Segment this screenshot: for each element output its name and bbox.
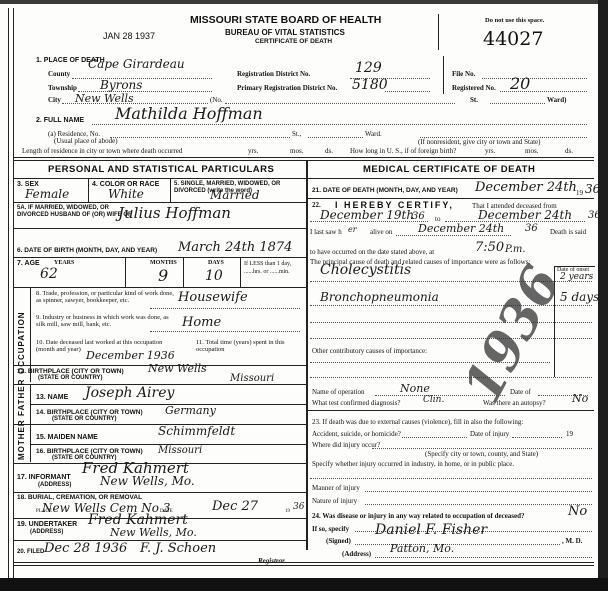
attended-from-value: December 19th: [320, 208, 414, 222]
contributory-label: Other contributory causes of importance:: [312, 347, 427, 355]
last-worked-value: December 1936: [86, 349, 175, 362]
primary-reg-label: Primary Registration District No.: [237, 84, 337, 92]
spouse-label: 5A. IF MARRIED, WIDOWED, OR DIVORCED HUS…: [17, 205, 132, 219]
birthplace-city-value: New Wells: [148, 362, 207, 375]
dob-value: March 24th 1874: [178, 240, 292, 255]
father-name-value: Joseph Airey: [85, 385, 174, 401]
us-length-label: How long in U. S., if of foreign birth?: [350, 147, 456, 155]
age-months-value: 9: [158, 266, 168, 285]
father-birthplace-value: Germany: [165, 404, 216, 417]
informant-address-label: (ADDRESS): [38, 482, 71, 488]
nature-injury-label: Nature of injury: [312, 497, 357, 505]
nonresident-label: (If nonresident, give city or town and S…: [418, 138, 540, 146]
mother-maiden-value: Schimmfeldt: [158, 424, 235, 438]
registrar-signature: F. J. Schoen: [140, 541, 216, 556]
alive-on-label: alive on: [370, 228, 392, 236]
time-suffix: P.m.: [505, 244, 526, 255]
residence-st-label: St.,: [292, 130, 301, 138]
us-mos-label: mos.: [525, 147, 538, 155]
external-causes-label: 23. If death was due to external causes …: [312, 418, 523, 426]
full-name-label: 2. FULL NAME: [36, 117, 84, 124]
mother-birthplace-value: Missouri: [158, 445, 202, 456]
dod-label: 21. DATE OF DEATH (MONTH, DAY, AND YEAR): [312, 187, 458, 194]
occurred-label: to have occurred on the date stated abov…: [310, 248, 434, 256]
registered-no-label: Registered No.: [452, 84, 496, 92]
birthplace-state-label: (STATE OR COUNTRY): [38, 375, 103, 381]
window-bottom-edge: [0, 578, 608, 591]
res-mos-label: mos.: [290, 147, 303, 155]
township-value: Byrons: [100, 78, 142, 92]
res-ds-label: ds.: [325, 147, 333, 155]
total-time-label: 11. Total time (years) spent in this occ…: [196, 339, 291, 353]
informant-address-value: New Wells, Mo.: [100, 474, 195, 488]
cause-2-value: Bronchopneumonia: [320, 290, 439, 304]
death-certificate: JAN 28 1937 MISSOURI STATE BOARD OF HEAL…: [0, 4, 598, 578]
registered-no-value: 20: [510, 74, 530, 93]
operation-date-label: Date of: [510, 388, 531, 396]
diagnosis-label: What test confirmed diagnosis?: [312, 399, 400, 407]
county-value: Cape Girardeau: [88, 57, 185, 71]
undertaker-address-value: New Wells, Mo.: [110, 526, 197, 539]
board-title: MISSOURI STATE BOARD OF HEALTH: [190, 14, 381, 26]
autopsy-label: Was there an autopsy?: [483, 399, 546, 407]
last-saw-label: I last saw h: [310, 228, 342, 236]
personal-section-title: PERSONAL AND STATISTICAL PARTICULARS: [48, 164, 274, 175]
attended-from-year: 36: [412, 211, 425, 222]
county-label: County: [48, 70, 70, 78]
file-no-label: File No.: [452, 70, 475, 78]
usual-abode-label: (Usual place of abode): [54, 137, 118, 145]
less-than-day-label: If LESS than 1 day, ......hrs. or ......…: [244, 260, 304, 276]
trade-value: Housewife: [178, 290, 248, 305]
address-label: (Address): [342, 550, 371, 558]
birthplace-state-value: Missouri: [230, 373, 274, 384]
bureau-title: BUREAU OF VITAL STATISTICS: [225, 28, 345, 37]
father-birthplace-label: 14. BIRTHPLACE (CITY OR TOWN): [36, 409, 143, 416]
physician-signature: Daniel F. Fisher: [375, 522, 487, 538]
industry-value: Home: [182, 315, 221, 330]
reg-district-label: Registration District No.: [237, 70, 310, 78]
burial-year-label: 19: [285, 509, 290, 514]
specify-place-label: (Specify city or town, county, and State…: [425, 450, 538, 458]
age-days-value: 10: [205, 268, 223, 284]
injury-year-label: 19: [566, 430, 573, 438]
signed-label: (Signed): [326, 537, 351, 545]
spouse-value: Julius Hoffman: [118, 204, 231, 222]
us-yrs-label: yrs.: [485, 147, 495, 155]
diagnosis-value: Clin.: [423, 395, 444, 405]
do-not-use-note: Do not use this space.: [485, 17, 544, 24]
race-value: White: [108, 187, 144, 201]
street-label: St.: [470, 96, 478, 104]
maiden-name-label: 15. MAIDEN NAME: [36, 434, 98, 441]
related-occupation-label: 24. Was disease or injury in any way rel…: [312, 512, 525, 520]
mother-birthplace-label: 16. BIRTHPLACE (CITY OR TOWN): [36, 448, 143, 455]
autopsy-value: No: [572, 392, 588, 405]
informant-label: 17. INFORMANT: [17, 474, 71, 481]
cause-1-value: Cholecystitis: [320, 262, 411, 278]
dod-year-prefix: 19: [576, 189, 583, 197]
res-yrs-label: yrs.: [248, 147, 258, 155]
length-residence-label: Length of residence in city or town wher…: [22, 147, 182, 155]
full-name-value: Mathilda Hoffman: [115, 104, 263, 123]
undertaker-label: 19. UNDERTAKER: [17, 521, 77, 528]
burial-date-value: Dec 27: [212, 499, 258, 514]
accident-label: Accident, suicide, or homicide?: [312, 430, 401, 438]
burial-year-value: 36: [293, 502, 304, 512]
if-so-label: If so, specify: [312, 525, 349, 533]
time-value: 7:50: [475, 240, 504, 255]
certificate-number: 44027: [483, 28, 543, 50]
filed-date-value: Dec 28 1936: [44, 541, 127, 556]
undertaker-address-label: (ADDRESS): [30, 529, 63, 535]
filed-label: 20. FILED: [17, 549, 44, 555]
mother-side-label: MOTHER: [17, 419, 26, 460]
township-label: Township: [48, 84, 77, 92]
days-label: DAYS: [208, 260, 224, 266]
physician-address: Patton, Mo.: [390, 542, 454, 555]
operation-value: None: [400, 382, 430, 395]
injury-date-label: Date of injury: [470, 430, 509, 438]
us-ds-label: ds.: [565, 147, 573, 155]
sex-value: Female: [25, 187, 69, 201]
attended-to-value: December 24th: [478, 208, 572, 222]
window-right-edge: [598, 0, 608, 591]
city-label: City: [48, 96, 61, 104]
received-stamp-date: JAN 28 1937: [103, 31, 155, 41]
last-saw-value: er: [348, 225, 357, 234]
birthplace-label: 12. BIRTHPLACE (CITY OR TOWN): [17, 368, 124, 375]
alive-on-year: 36: [525, 223, 538, 234]
operation-label: Name of operation: [312, 388, 364, 396]
related-occupation-value: No: [568, 504, 587, 519]
md-label: , M. D.: [562, 537, 582, 545]
burial-label: 18. BURIAL, CREMATION, OR REMOVAL: [17, 494, 142, 501]
father-side-label: FATHER: [17, 379, 26, 416]
where-injury-label: Where did injury occur?: [312, 441, 380, 449]
death-said-label: Death is said: [550, 228, 586, 236]
certificate-title: CERTIFICATE OF DEATH: [255, 38, 332, 45]
ward-label: Ward): [547, 96, 566, 104]
industry-label: 9. Industry or business in which work wa…: [36, 314, 176, 328]
medical-section-title: MEDICAL CERTIFICATE OF DEATH: [363, 164, 535, 175]
alive-on-value: December 24th: [418, 222, 504, 235]
age-years-value: 62: [40, 266, 58, 282]
age-label: 7. AGE: [17, 260, 40, 267]
house-no-label: (No.: [210, 96, 223, 104]
reg-district-value: 129: [355, 60, 382, 76]
manner-injury-label: Manner of injury: [312, 484, 360, 492]
dod-value: December 24th: [475, 180, 577, 195]
primary-reg-value: 5180: [352, 77, 388, 93]
dob-label: 6. DATE OF BIRTH (MONTH, DAY, AND YEAR): [17, 247, 157, 254]
father-birthplace-state-label: (STATE OR COUNTRY): [52, 416, 117, 422]
father-name-label: 13. NAME: [36, 394, 68, 401]
specify-industry-label: Specify whether injury occurred in indus…: [312, 460, 514, 468]
trade-label: 8. Trade, profession, or particular kind…: [36, 290, 176, 304]
marital-value: Married: [210, 188, 260, 202]
residence-ward-label: Ward.: [365, 130, 382, 138]
